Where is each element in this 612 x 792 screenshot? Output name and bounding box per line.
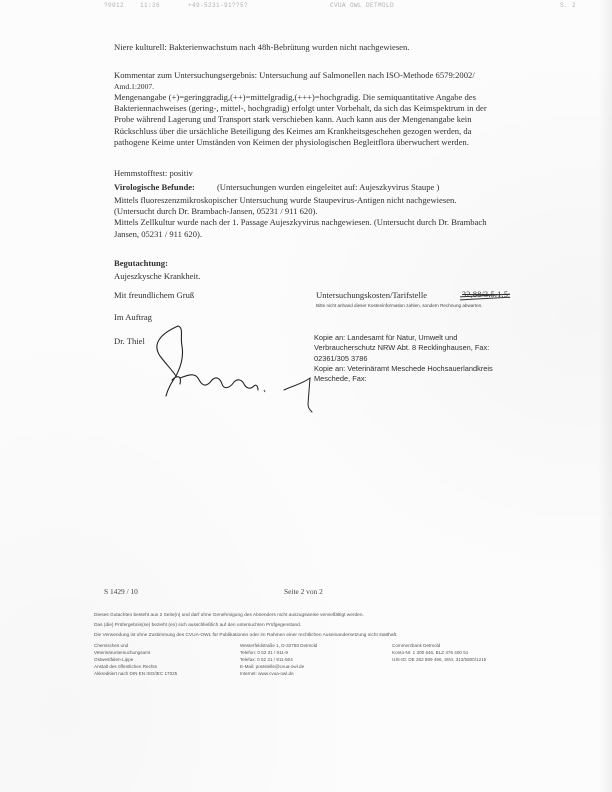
greeting: Mit freundlichem Gruß xyxy=(114,290,194,301)
footer-email[interactable]: E-Mail: poststelle@cvua-owl.de xyxy=(240,663,317,670)
niere-culture-result: Niere kulturell: Bakterienwachstum nach … xyxy=(114,42,409,53)
virology-label: Virologische Befunde: xyxy=(114,182,195,192)
footer-note: Die Verwendung ist ohne Zustimmung des C… xyxy=(94,633,398,638)
footer-contact: Westerfeldstraße 1, D-32758 Detmold Tele… xyxy=(240,642,317,677)
comment-salmonella: Kommentar zum Untersuchungsergebnis: Unt… xyxy=(114,70,546,92)
footer-note: Das (die) Prüfergebnis(se) bezieht (en) … xyxy=(94,623,301,628)
virology-findings: Mittels fluoreszenzmikroskopischer Unter… xyxy=(114,195,546,240)
comment-line: Amd.1:2007. xyxy=(114,81,546,92)
footer-bank: Commerzbank Detmold Konto-Nr. 1 300 646,… xyxy=(392,642,486,663)
footer-line: Ostwestfalen-Lippe xyxy=(94,656,177,663)
copy-recipient-veterinary-office: Kopie an: Veterinäramt Meschede Hochsaue… xyxy=(314,364,493,385)
assessment-label: Begutachtung: xyxy=(114,258,168,269)
comment-line: Kommentar zum Untersuchungsergebnis: Unt… xyxy=(114,70,546,81)
handwritten-signature xyxy=(150,318,340,413)
fax-document-page: ?0012 11:26 +49-5231-91??5? CVUA OWL DET… xyxy=(0,0,612,792)
virology-line: Jansen, 05231 / 911 620). xyxy=(114,229,546,240)
footer-website[interactable]: Internet: www.cvua-owl.de xyxy=(240,670,317,677)
footer-line: Konto-Nr. 1 300 646, BLZ 476 400 51 xyxy=(392,649,486,656)
virology-heading-line: Virologische Befunde:(Untersuchungen wur… xyxy=(114,182,439,193)
footer-line: Commerzbank Detmold xyxy=(392,642,486,649)
footer-line: Anstalt des öffentlichen Rechts xyxy=(94,663,177,670)
quantity-line: Bakteriennachweises (gering-, mittel-, h… xyxy=(114,103,546,114)
on-behalf: Im Auftrag xyxy=(114,312,152,323)
fax-number: +49-5231-91??5? xyxy=(188,2,248,9)
footer-note: Dieses Gutachten besteht aus 2 Seite(n) … xyxy=(94,613,364,618)
virology-note: (Untersuchungen wurden eingeleitet auf: … xyxy=(217,182,439,192)
fax-time: 11:26 xyxy=(140,2,160,9)
quantity-line: Probe während Lagerung und Transport sta… xyxy=(114,114,546,125)
quantity-note: Mengenangabe (+)=geringgradig,(++)=mitte… xyxy=(114,92,546,148)
signer-name: Dr. Thiel xyxy=(114,336,145,347)
copy-line: Meschede, Fax: xyxy=(314,374,493,384)
copy-line: Kopie an: Landesamt für Natur, Umwelt un… xyxy=(314,333,489,343)
copy-recipient-lanuv: Kopie an: Landesamt für Natur, Umwelt un… xyxy=(314,333,489,364)
assessment-text: Aujeszkysche Krankheit. xyxy=(114,271,200,282)
cost-note: Bitte nicht anhand dieser Kosteninformat… xyxy=(316,303,483,308)
fax-sender-id: CVUA OWL DETMOLD xyxy=(330,2,394,9)
fax-date: ?0012 xyxy=(104,2,124,9)
page-number: Seite 2 von 2 xyxy=(284,587,323,596)
virology-line: Mittels fluoreszenzmikroskopischer Unter… xyxy=(114,195,546,206)
copy-line: Kopie an: Veterinäramt Meschede Hochsaue… xyxy=(314,364,493,374)
quantity-line: Rückschluss über die ursächliche Beteili… xyxy=(114,126,546,137)
quantity-line: Mengenangabe (+)=geringgradig,(++)=mitte… xyxy=(114,92,546,103)
report-reference: S 1429 / 10 xyxy=(104,587,138,596)
footer-line: Chemisches und xyxy=(94,642,177,649)
footer-line: Telefax: 0 52 31 / 911-504 xyxy=(240,656,317,663)
inhibitor-test: Hemmstofftest: positiv xyxy=(114,168,193,179)
virology-line: (Untersucht durch Dr. Brambach-Jansen, 0… xyxy=(114,206,546,217)
cost-value-struck: 32,88/3.5.1.5 xyxy=(462,290,508,299)
footer-line: Westerfeldstraße 1, D-32758 Detmold xyxy=(240,642,317,649)
footer-institution: Chemisches und Veterinäruntersuchungsamt… xyxy=(94,642,177,677)
quantity-line: pathogene Keime unter Umständen von Keim… xyxy=(114,137,546,148)
fax-transmission-header: ?0012 11:26 +49-5231-91??5? CVUA OWL DET… xyxy=(104,2,584,12)
footer-line: Telefon: 0 52 31 / 911-9 xyxy=(240,649,317,656)
cost-label: Untersuchungskosten/Tarifstelle xyxy=(316,290,427,300)
footer-line: USt-ID: DE 262 869 496, StNr. 313/5800/1… xyxy=(392,656,486,663)
virology-line: Mittels Zellkultur wurde nach der 1. Pas… xyxy=(114,217,546,228)
footer-line: Veterinäruntersuchungsamt xyxy=(94,649,177,656)
footer-line: Akkreditiert nach DIN EN ISO/IEC 17025 xyxy=(94,670,177,677)
copy-line: Verbraucherschutz NRW Abt. 8 Recklinghau… xyxy=(314,343,489,353)
scan-edge-shadow xyxy=(598,0,612,792)
fax-page: S. 2 xyxy=(560,2,576,9)
copy-line: 02361/305 3786 xyxy=(314,354,489,364)
